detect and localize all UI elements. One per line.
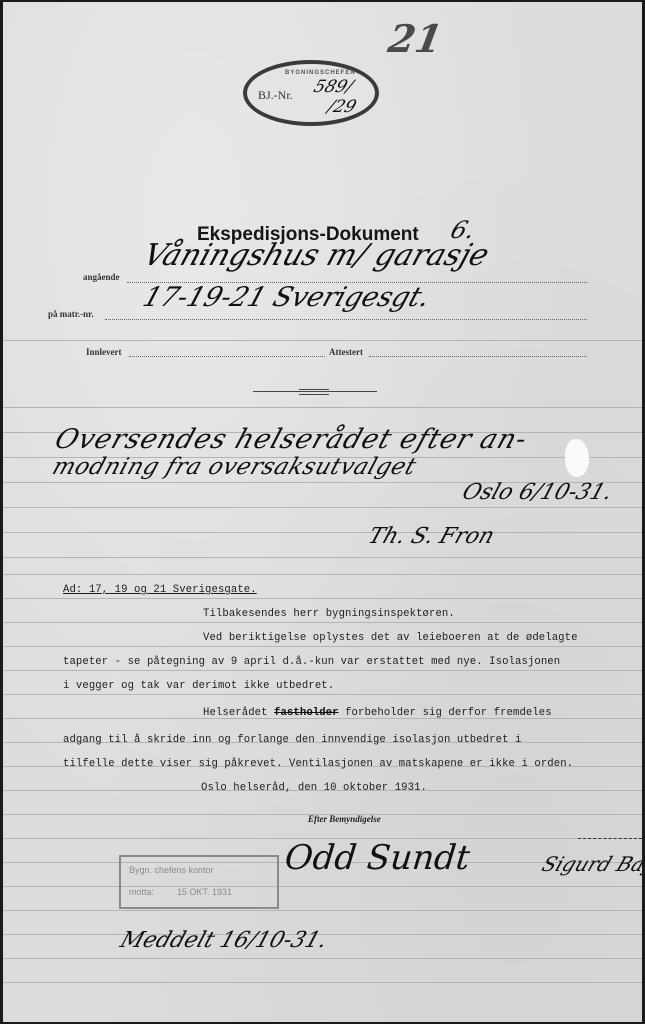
stamp-number-top: 589/ xyxy=(311,77,356,97)
ruled-line xyxy=(3,982,642,983)
ruled-line xyxy=(3,407,642,408)
document-page: 21 BYGNINGSCHEFEN BJ.-Nr. 589/ /29 Ekspe… xyxy=(3,2,642,1022)
handwritten-line-1: Oversendes helserådet efter an- xyxy=(51,424,532,455)
ruled-line xyxy=(3,598,642,599)
received-stamp-line1: Bygn. chefens kontor xyxy=(129,865,214,875)
letter-line: Tilbakesendes herr bygningsinspektøren. xyxy=(203,608,455,620)
handwritten-date: Oslo 6/10-31. xyxy=(459,480,616,505)
ruled-line xyxy=(3,574,642,575)
matr-dotline xyxy=(105,319,587,320)
stamp-number-bottom: /29 xyxy=(325,97,359,117)
signature-right: Sigurd Bay xyxy=(539,852,642,876)
received-stamp-label: motta: xyxy=(129,887,154,897)
ruled-line xyxy=(3,958,642,959)
para2-start: Helserådet xyxy=(203,707,268,719)
journal-number-stamp: BYGNINGSCHEFEN BJ.-Nr. 589/ /29 xyxy=(243,60,379,126)
stamp-arc-text: BYGNINGSCHEFEN xyxy=(285,70,356,76)
ruled-line xyxy=(3,532,642,533)
innlevert-dotline xyxy=(129,356,325,357)
attestert-label: Attestert xyxy=(329,347,363,357)
angaende-label: angående xyxy=(83,272,120,282)
received-stamp-date: 15 OKT. 1931 xyxy=(177,887,232,897)
ruled-line xyxy=(3,670,642,671)
angaende-value: Våningshus m/ garasje xyxy=(139,238,493,273)
signature-dashline xyxy=(578,838,642,839)
letter-line: tilfelle dette viser sig påkrevet. Venti… xyxy=(63,758,573,770)
ruled-line xyxy=(3,886,642,887)
ruled-line xyxy=(3,340,642,341)
letter-closing: Oslo helseråd, den 10 oktober 1931. xyxy=(201,782,427,794)
stamp-label: BJ.-Nr. xyxy=(258,88,293,103)
ruled-line xyxy=(3,910,642,911)
letter-line: i vegger og tak var derimot ikke utbedre… xyxy=(63,680,334,692)
efter-bemyndigelse-stamp: Efter Bemyndigelse xyxy=(308,814,381,824)
letter-subject: Ad: 17, 19 og 21 Sverigesgate. xyxy=(63,584,257,596)
received-stamp: Bygn. chefens kontor motta: 15 OKT. 1931 xyxy=(119,855,279,909)
signature-odd-sundt: Odd Sundt xyxy=(283,838,472,878)
page-number: 21 xyxy=(385,16,446,61)
letter-para2-first-line: Helserådet fastholder forbeholder sig de… xyxy=(203,707,552,719)
ruled-line xyxy=(3,694,642,695)
ruled-line xyxy=(3,557,642,558)
para2-rest: forbeholder sig derfor fremdeles xyxy=(345,707,552,719)
ruled-line xyxy=(3,507,642,508)
matr-label: på matr.-nr. xyxy=(48,309,94,319)
matr-value: 17-19-21 Sverigesgt. xyxy=(139,282,434,313)
handwritten-signature: Th. S. Fron xyxy=(365,524,497,549)
innlevert-label: Innlevert xyxy=(86,347,122,357)
divider-ornament xyxy=(253,391,377,392)
paper-damage xyxy=(565,439,589,477)
meddelt-note: Meddelt 16/10-31. xyxy=(117,928,331,953)
letter-line: Ved beriktigelse oplystes det av leieboe… xyxy=(203,632,578,644)
struck-word: fastholder xyxy=(274,707,339,719)
letter-line: tapeter - se påtegning av 9 april d.å.-k… xyxy=(63,656,560,668)
ruled-line xyxy=(3,622,642,623)
letter-line: adgang til å skride inn og forlange den … xyxy=(63,734,521,746)
attestert-dotline xyxy=(369,356,587,357)
ruled-line xyxy=(3,646,642,647)
handwritten-line-2: modning fra oversaksutvalget xyxy=(49,454,420,480)
